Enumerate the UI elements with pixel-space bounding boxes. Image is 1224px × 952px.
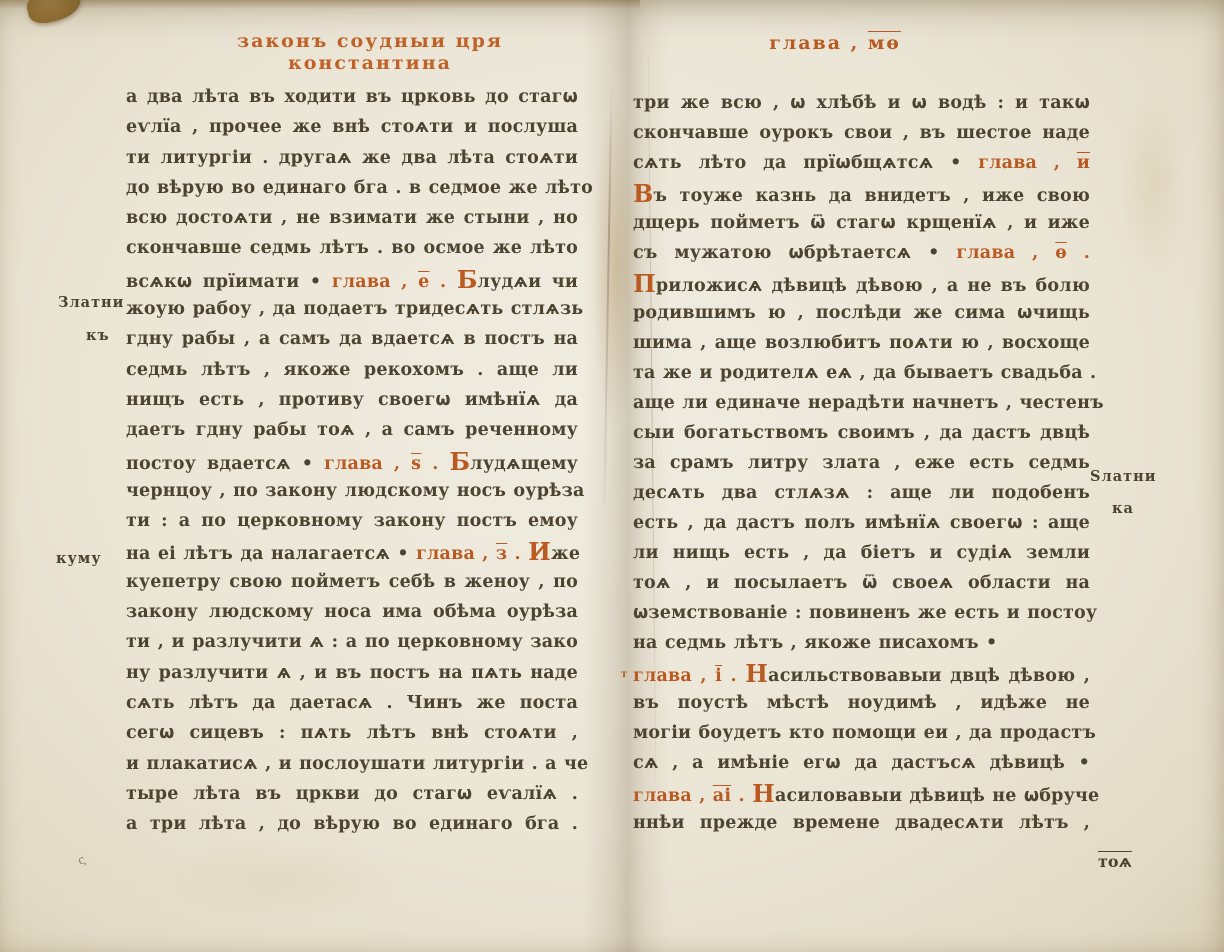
text-segment: даетъ гдну рабы тоѧ , а самъ реченному <box>126 420 578 440</box>
text-segment: нищъ есть , противу своегѡ имѣнїѧ да <box>126 390 578 410</box>
text-segment: могіи боудетъ кто помощи еи , да продаст… <box>633 723 1096 743</box>
text-line: скончавше оурокъ свои , въ шестое наде <box>633 118 1090 148</box>
text-line: ти , и разлучити ѧ : а по церковному зак… <box>126 627 578 657</box>
text-line: дщерь пойметъ ѿ стагѡ крщенїѧ , и иже <box>633 208 1090 238</box>
scan-root: законъ соудныи цря константина глава , м… <box>0 0 1224 952</box>
text-segment: глава , <box>769 32 868 54</box>
text-line: чернцоу , по закону людскому носъ оурѣза <box>126 476 578 506</box>
text-segment: ну разлучити ѧ , и въ постъ на пѧть наде <box>126 663 578 683</box>
text-segment: а три лѣта , до вѣрую во единаго бга . <box>126 814 578 834</box>
text-line: ннѣи прежде времене двадесѧти лѣтъ , <box>633 808 1090 838</box>
text-segment: тыре лѣта въ цркви до стагѡ еѵалїѧ . <box>126 784 578 804</box>
text-segment: лудѧщему <box>470 454 578 474</box>
text-line: всѧкѡ прїимати • глава , е . Блудѧи чи <box>126 264 578 294</box>
text-line: еѵлїа , прочее же внѣ стоѧти и послуша <box>126 112 578 142</box>
text-segment: сѧ , а имѣніе егѡ да дастъсѧ дѣвицѣ • <box>633 753 1090 773</box>
corner-paper-blob <box>24 0 84 27</box>
text-segment: Н <box>745 659 768 688</box>
text-line: могіи боудетъ кто помощи еи , да продаст… <box>633 718 1090 748</box>
text-line: седмь лѣтъ , якоже рекохомъ . аще ли <box>126 355 578 385</box>
text-segment: сыи богатьствомъ своимъ , да дастъ двцѣ <box>633 423 1090 443</box>
text-segment: . <box>429 272 456 292</box>
paper-stain <box>150 840 410 920</box>
text-segment: аі <box>713 786 731 806</box>
text-segment: лудѧи чи <box>478 272 578 292</box>
text-segment: глава , <box>633 786 713 806</box>
text-line: аще ли единаче нерадѣти начнетъ , честен… <box>633 388 1090 418</box>
bottom-left-ink-mark: ς <box>75 852 87 868</box>
text-segment: а два лѣта въ ходити въ црковь до стагѡ <box>126 87 578 107</box>
text-segment: дщерь пойметъ ѿ стагѡ крщенїѧ , и иже <box>633 213 1090 233</box>
left-page-header: законъ соудныи цря константина <box>160 30 580 74</box>
text-segment: гдну рабы , а самъ да вдаетсѧ в постъ на <box>126 329 578 349</box>
margin-note: ка <box>1112 500 1134 517</box>
text-line: на еі лѣтъ да налагаетсѧ • глава , з . И… <box>126 536 578 566</box>
text-line: гдну рабы , а самъ да вдаетсѧ в постъ на <box>126 324 578 354</box>
text-line: постоу вдаетсѧ • глава , ѕ . Блудѧщему <box>126 446 578 476</box>
text-segment: ннѣи прежде времене двадесѧти лѣтъ , <box>633 813 1090 833</box>
text-segment: . <box>421 454 449 474</box>
text-segment: шима , аще возлюбитъ поѧти ю , восхоще <box>633 333 1090 353</box>
text-segment: сѧть лѣтъ да даетасѧ . Чинъ же поста <box>126 693 578 713</box>
text-line: съ мужатою ѡбрѣтаетсѧ • глава , ѳ . <box>633 238 1090 268</box>
text-segment: П <box>633 269 656 298</box>
text-line: куепетру свою пойметъ себѣ в женоу , по <box>126 567 578 597</box>
text-line: а три лѣта , до вѣрую во единаго бга . <box>126 809 578 839</box>
text-segment: ѕ <box>411 454 421 474</box>
text-segment: до вѣрую во единаго бга . в седмое же лѣ… <box>126 178 593 198</box>
text-line: три же всю , ѡ хлѣбѣ и ѡ водѣ : и такѡ <box>633 88 1090 118</box>
text-segment: ѡземствованіе : повиненъ же есть и посто… <box>633 603 1097 623</box>
text-segment: ѳ <box>1055 243 1067 263</box>
text-segment: всѧкѡ прїимати • <box>126 272 332 292</box>
margin-note: куму <box>56 550 102 567</box>
text-line: ти литургіи . другаѧ же два лѣта стоѧти <box>126 143 578 173</box>
text-line: до вѣрую во единаго бга . в седмое же лѣ… <box>126 173 578 203</box>
text-segment: е <box>418 272 429 292</box>
text-segment: глава , <box>416 544 496 564</box>
text-line: въ поустѣ мѣстѣ ноудимѣ , идѣже не <box>633 688 1090 718</box>
text-line: ли нищь есть , да біетъ и судіѧ земли <box>633 538 1090 568</box>
text-segment: чернцоу , по закону людскому носъ оурѣза <box>126 481 585 501</box>
margin-note: къ <box>86 327 110 344</box>
text-segment: въ поустѣ мѣстѣ ноудимѣ , идѣже не <box>633 693 1090 713</box>
text-segment: риложисѧ дѣвицѣ дѣвою , а не въ болю <box>656 276 1090 296</box>
text-segment: постоу вдаетсѧ • <box>126 454 324 474</box>
margin-note: Златни <box>58 294 124 311</box>
text-segment: асиловавыи дѣвицѣ не ѡбруче <box>775 786 1099 806</box>
text-segment: . <box>722 666 745 686</box>
text-line: сегѡ сицевъ : пѧть лѣтъ внѣ стоѧти , <box>126 718 578 748</box>
text-line: даетъ гдну рабы тоѧ , а самъ реченному <box>126 415 578 445</box>
text-segment: глава , <box>956 243 1055 263</box>
text-segment: жоую рабоу , да подаетъ тридесѧть стлѧзь <box>126 299 583 319</box>
text-line: всю достоѧти , не взимати же стыни , но <box>126 203 578 233</box>
text-segment: з <box>496 544 507 564</box>
text-segment: ти : а по церковному закону постъ емоу <box>126 511 578 531</box>
text-line: сыи богатьствомъ своимъ , да дастъ двцѣ <box>633 418 1090 448</box>
text-line: Приложисѧ дѣвицѣ дѣвою , а не въ болю <box>633 268 1090 298</box>
text-line: а два лѣта въ ходити въ црковь до стагѡ <box>126 82 578 112</box>
text-segment: десѧть два стлѧзѧ : аще ли подобенъ <box>633 483 1090 503</box>
text-line: ѡземствованіе : повиненъ же есть и посто… <box>633 598 1090 628</box>
text-segment: . <box>507 544 528 564</box>
paper-stain <box>1118 90 1188 280</box>
text-line: скончавше седмь лѣтъ . во осмое же лѣто <box>126 233 578 263</box>
text-line: закону людскому носа има обѣма оурѣза <box>126 597 578 627</box>
text-segment: всю достоѧти , не взимати же стыни , но <box>126 208 578 228</box>
text-line: тоѧ , и посылаетъ ѿ своеѧ области на <box>633 568 1090 598</box>
text-segment: куепетру свою пойметъ себѣ в женоу , по <box>126 572 578 592</box>
text-segment: глава , <box>978 153 1077 173</box>
text-segment: асильствовавыи двцѣ дѣвою , <box>768 666 1090 686</box>
text-segment: сѧть лѣто да прїѡбщѧтсѧ • <box>633 153 978 173</box>
text-segment: мѳ <box>868 32 901 54</box>
catchword: тоѧ <box>1098 852 1132 871</box>
text-segment: . <box>731 786 752 806</box>
margin-note: Ѕлатни <box>1090 468 1156 485</box>
text-segment: В <box>633 179 654 208</box>
text-segment: же <box>551 544 580 564</box>
text-segment: і <box>715 666 722 686</box>
text-segment: сегѡ сицевъ : пѧть лѣтъ внѣ стоѧти , <box>126 723 578 743</box>
text-segment: за срамъ литру злата , еже есть седмь <box>633 453 1090 473</box>
text-segment: ъ тоуже казнь да внидетъ , иже свою <box>654 186 1091 206</box>
text-segment: родившимъ ю , послѣди же сима ѡчищь <box>633 303 1090 323</box>
text-segment: глава , <box>332 272 418 292</box>
text-line: ти : а по церковному закону постъ емоу <box>126 506 578 536</box>
text-segment: съ мужатою ѡбрѣтаетсѧ • <box>633 243 956 263</box>
text-segment: скончавше седмь лѣтъ . во осмое же лѣто <box>126 238 578 258</box>
text-line: и плакатисѧ , и послоушати литургіи . а … <box>126 749 578 779</box>
text-segment: седмь лѣтъ , якоже рекохомъ . аще ли <box>126 360 578 380</box>
text-line: сѧть лѣтъ да даетасѧ . Чинъ же поста <box>126 688 578 718</box>
text-segment: скончавше оурокъ свои , въ шестое наде <box>633 123 1090 143</box>
text-segment: та же и родителѧ еѧ , да бываетъ свадьба… <box>633 363 1096 383</box>
text-line: сѧ , а имѣніе егѡ да дастъсѧ дѣвицѣ • <box>633 748 1090 778</box>
text-segment: на еі лѣтъ да налагаетсѧ • <box>126 544 416 564</box>
text-segment: ти , и разлучити ѧ : а по церковному зак… <box>126 632 578 652</box>
text-segment: есть , да дастъ полъ имѣнїѧ своегѡ : аще <box>633 513 1090 533</box>
text-segment: ти литургіи . другаѧ же два лѣта стоѧти <box>126 148 578 168</box>
text-line: Въ тоуже казнь да внидетъ , иже свою <box>633 178 1090 208</box>
text-line: жоую рабоу , да подаетъ тридесѧть стлѧзь <box>126 294 578 324</box>
text-segment: тоѧ , и посылаетъ ѿ своеѧ области на <box>633 573 1090 593</box>
text-line: шима , аще возлюбитъ поѧти ю , восхоще <box>633 328 1090 358</box>
text-segment: на седмь лѣтъ , якоже писахомъ • <box>633 633 997 653</box>
text-segment: глава , <box>324 454 411 474</box>
text-line: на седмь лѣтъ , якоже писахомъ • <box>633 628 1090 658</box>
text-segment: Н <box>752 779 775 808</box>
text-line: нищъ есть , противу своегѡ имѣнїѧ да <box>126 385 578 415</box>
right-page-header: глава , мѳ <box>705 32 965 54</box>
text-line: есть , да дастъ полъ имѣнїѧ своегѡ : аще <box>633 508 1090 538</box>
text-line: родившимъ ю , послѣди же сима ѡчищь <box>633 298 1090 328</box>
text-line: тыре лѣта въ цркви до стагѡ еѵалїѧ . <box>126 779 578 809</box>
text-segment: и плакатисѧ , и послоушати литургіи . а … <box>126 754 588 774</box>
text-segment: еѵлїа , прочее же внѣ стоѧти и послуша <box>126 117 578 137</box>
text-segment: три же всю , ѡ хлѣбѣ и ѡ водѣ : и такѡ <box>633 93 1090 113</box>
text-segment: И <box>528 537 551 566</box>
text-segment: и <box>1077 153 1090 173</box>
text-line: та же и родителѧ еѧ , да бываетъ свадьба… <box>633 358 1090 388</box>
text-segment: аще ли единаче нерадѣти начнетъ , честен… <box>633 393 1104 413</box>
text-segment: глава , <box>633 666 715 686</box>
text-line: ну разлучити ѧ , и въ постъ на пѧть наде <box>126 658 578 688</box>
left-text-column: а два лѣта въ ходити въ црковь до стагѡе… <box>126 82 578 839</box>
text-segment: закону людскому носа има обѣма оурѣза <box>126 602 578 622</box>
text-line: за срамъ литру злата , еже есть седмь <box>633 448 1090 478</box>
text-segment: ли нищь есть , да біетъ и судіѧ земли <box>633 543 1090 563</box>
text-segment: . <box>1067 243 1090 263</box>
text-line: сѧть лѣто да прїѡбщѧтсѧ • глава , и <box>633 148 1090 178</box>
top-edge-shadow <box>0 0 640 9</box>
text-line: десѧть два стлѧзѧ : аще ли подобенъ <box>633 478 1090 508</box>
right-text-column: три же всю , ѡ хлѣбѣ и ѡ водѣ : и такѡск… <box>633 88 1090 838</box>
margin-chapter-tick: т <box>621 669 627 680</box>
text-segment: Б <box>457 265 478 294</box>
text-line: глава , і . Насильствовавыи двцѣ дѣвою , <box>633 658 1090 688</box>
text-segment: Б <box>449 447 470 476</box>
text-line: глава , аі . Насиловавыи дѣвицѣ не ѡбруч… <box>633 778 1090 808</box>
